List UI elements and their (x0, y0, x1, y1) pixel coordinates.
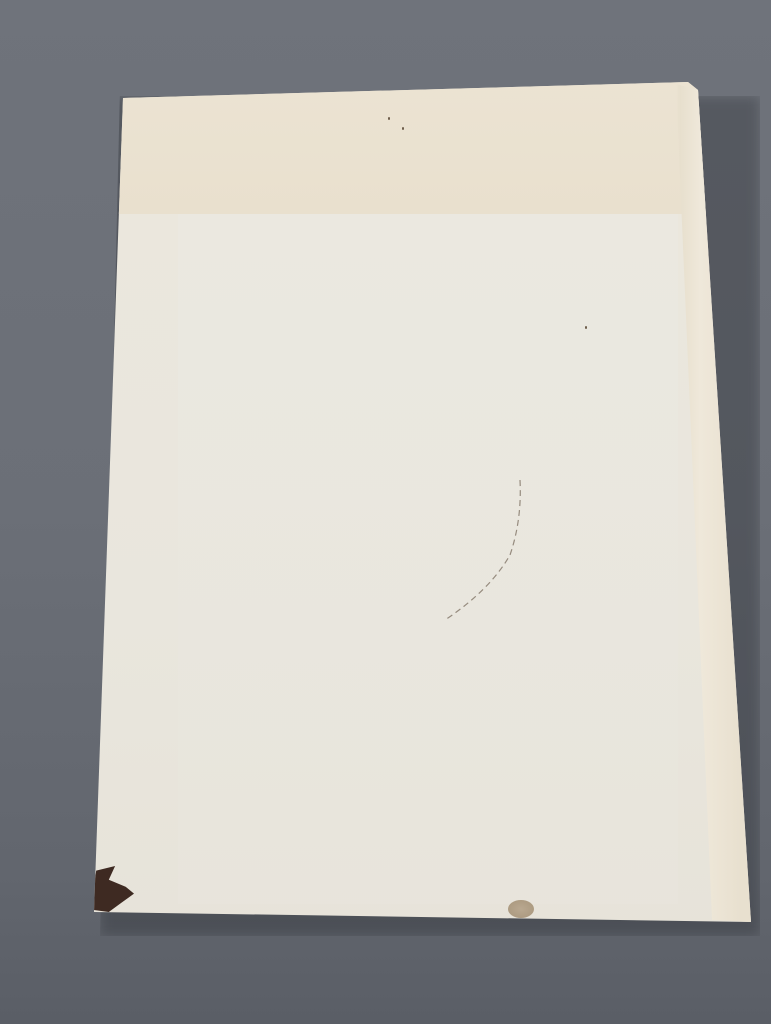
cover-faded-panel (178, 214, 678, 904)
dust-spot (402, 127, 404, 130)
tan-spot (508, 900, 534, 918)
book-back-cover (0, 0, 771, 1024)
scratch-mark (440, 480, 530, 620)
cover-top-band (0, 0, 771, 214)
dust-spot (388, 117, 390, 120)
dark-stain (92, 866, 134, 912)
dust-spot (585, 326, 587, 329)
